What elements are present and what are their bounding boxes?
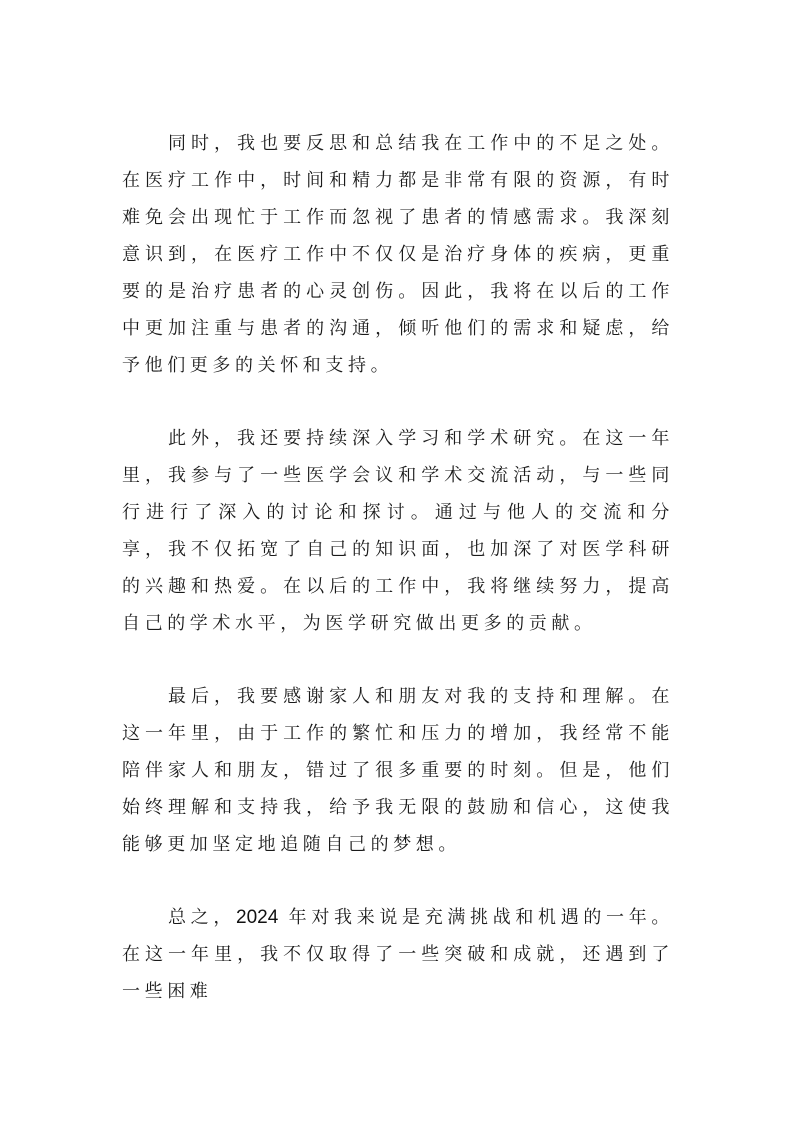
paragraph-reflection: 同时，我也要反思和总结我在工作中的不足之处。在医疗工作中，时间和精力都是非常有限… — [122, 125, 674, 384]
paragraph-academic-study: 此外，我还要持续深入学习和学术研究。在这一年里，我参与了一些医学会议和学术交流活… — [122, 420, 674, 642]
paragraph-family-thanks: 最后，我要感谢家人和朋友对我的支持和理解。在这一年里，由于工作的繁忙和压力的增加… — [122, 678, 674, 863]
document-page: 同时，我也要反思和总结我在工作中的不足之处。在医疗工作中，时间和精力都是非常有限… — [122, 125, 674, 1046]
paragraph-summary: 总之，2024 年对我来说是充满挑战和机遇的一年。在这一年里，我不仅取得了一些突… — [122, 899, 674, 1010]
summary-year: 2024 — [236, 907, 278, 928]
summary-text-before: 总之， — [168, 907, 236, 928]
